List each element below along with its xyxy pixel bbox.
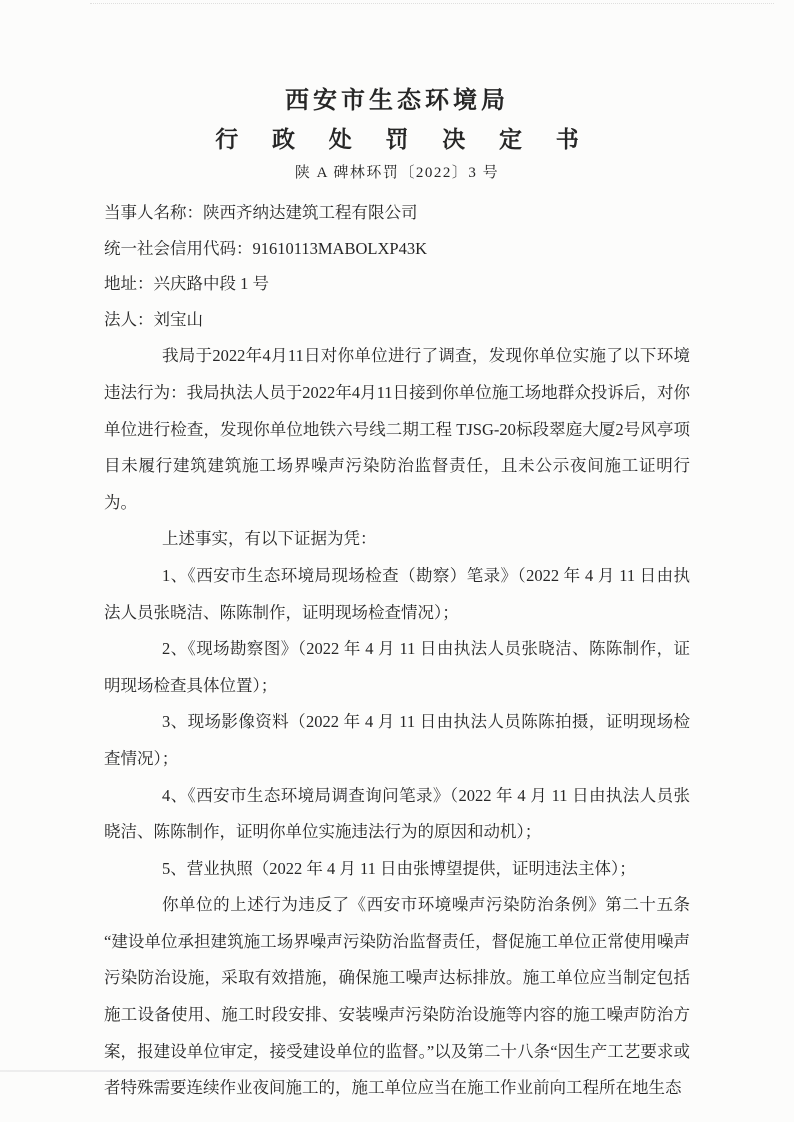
- document-number: 陕 A 碑林环罚〔2022〕3 号: [104, 162, 690, 184]
- credit-code-row: 统一社会信用代码：91610113MABOLXP43K: [104, 231, 690, 267]
- party-name-value: 陕西齐纳达建筑工程有限公司: [203, 203, 418, 222]
- body-paragraph-evidence-5: 5、营业执照（2022 年 4 月 11 日由张博望提供，证明违法主体）；: [104, 851, 690, 888]
- agency-name: 西安市生态环境局: [104, 86, 690, 116]
- legal-rep-row: 法人：刘宝山: [104, 302, 690, 338]
- document-page: 西安市生态环境局 行 政 处 罚 决 定 书 陕 A 碑林环罚〔2022〕3 号…: [0, 0, 794, 1122]
- body-paragraph-evidence-4: 4、《西安市生态环境局调查询问笔录》（2022 年 4 月 11 日由执法人员张…: [104, 778, 690, 851]
- scanned-document: { "page": { "paper_color": "#fcfcfb", "i…: [0, 0, 794, 1122]
- body-paragraph-evidence-3: 3、现场影像资料（2022 年 4 月 11 日由执法人员陈陈拍摄，证明现场检查…: [104, 704, 690, 777]
- body-paragraph-evidence-intro: 上述事实，有以下证据为凭：: [104, 521, 690, 558]
- party-name-label: 当事人名称：: [104, 203, 203, 222]
- address-value: 兴庆路中段 1 号: [154, 274, 270, 293]
- document-header: 西安市生态环境局 行 政 处 罚 决 定 书 陕 A 碑林环罚〔2022〕3 号: [104, 86, 690, 184]
- legal-rep-label: 法人：: [104, 310, 154, 329]
- party-name-row: 当事人名称：陕西齐纳达建筑工程有限公司: [104, 195, 690, 231]
- document-title: 行 政 处 罚 决 定 书: [104, 125, 690, 155]
- body-paragraph-investigation: 我局于2022年4月11日对你单位进行了调查，发现你单位实施了以下环境违法行为：…: [104, 338, 690, 521]
- party-info-section: 当事人名称：陕西齐纳达建筑工程有限公司 统一社会信用代码：91610113MAB…: [104, 195, 690, 337]
- address-label: 地址：: [104, 274, 154, 293]
- legal-rep-value: 刘宝山: [154, 310, 204, 329]
- address-row: 地址：兴庆路中段 1 号: [104, 266, 690, 302]
- credit-code-value: 91610113MABOLXP43K: [253, 239, 427, 258]
- body-paragraph-violation: 你单位的上述行为违反了《西安市环境噪声污染防治条例》第二十五条“建设单位承担建筑…: [104, 887, 690, 1107]
- document-body: 我局于2022年4月11日对你单位进行了调查，发现你单位实施了以下环境违法行为：…: [104, 338, 690, 1106]
- body-paragraph-evidence-2: 2、《现场勘察图》（2022 年 4 月 11 日由执法人员张晓洁、陈陈制作，证…: [104, 631, 690, 704]
- credit-code-label: 统一社会信用代码：: [104, 239, 253, 258]
- body-paragraph-evidence-1: 1、《西安市生态环境局现场检查（勘察）笔录》（2022 年 4 月 11 日由执…: [104, 558, 690, 631]
